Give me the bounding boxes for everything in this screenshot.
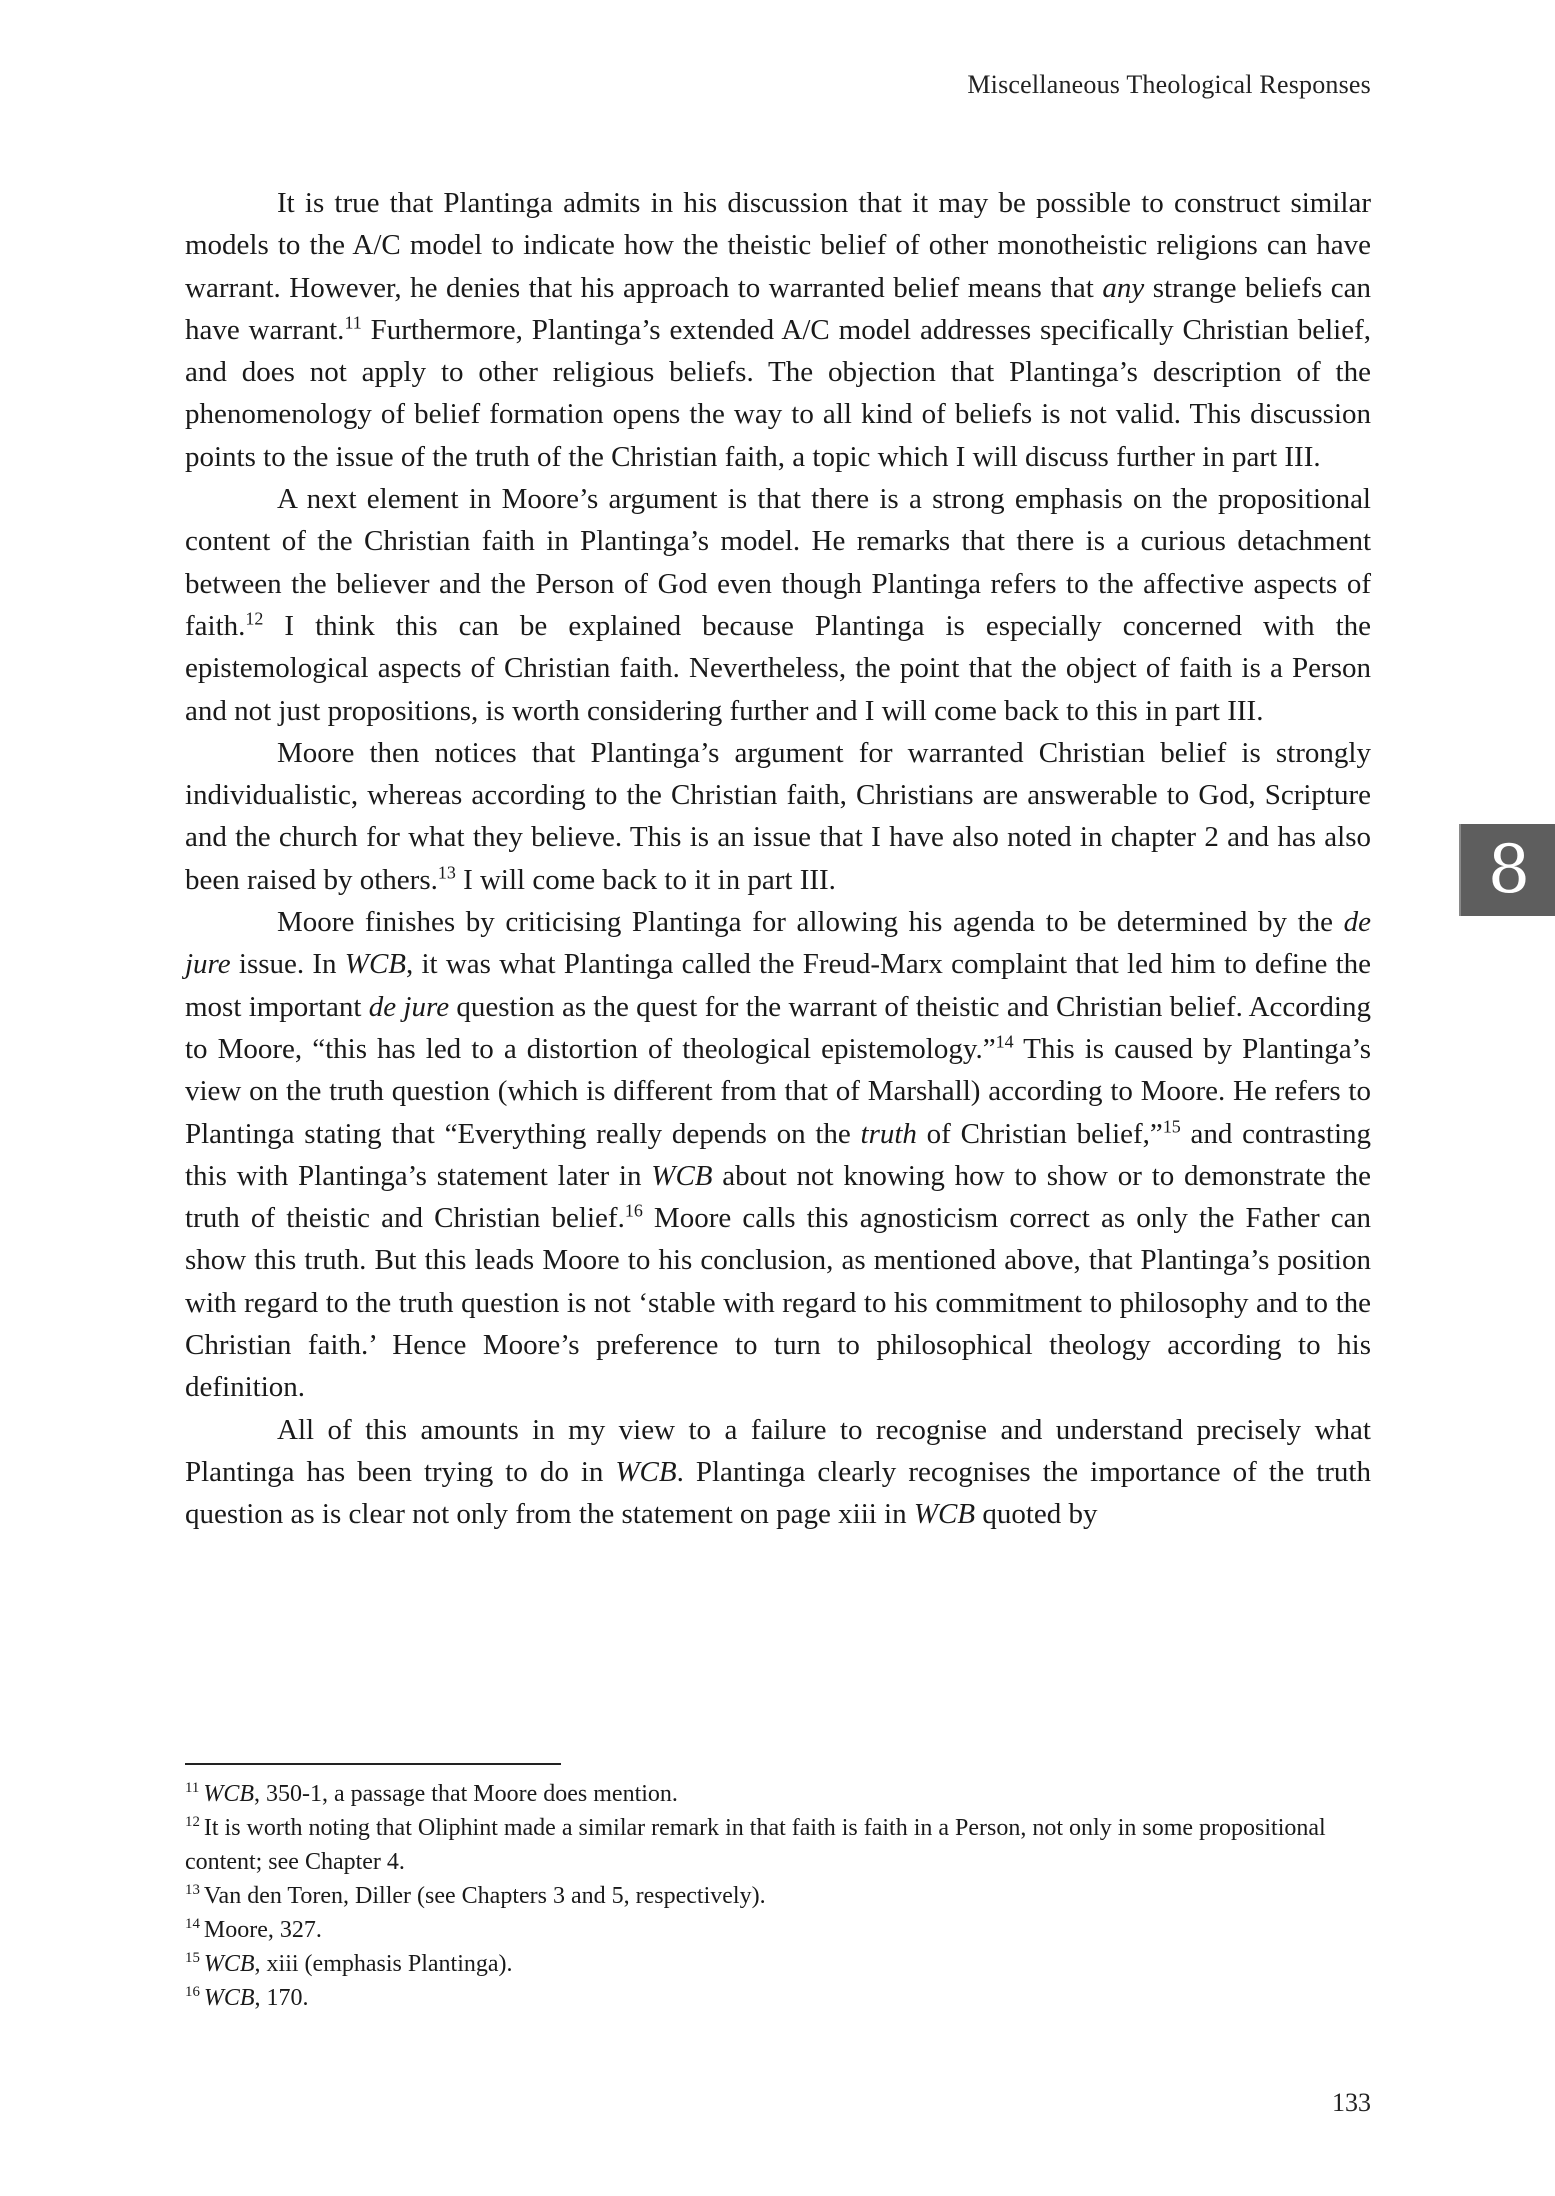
paragraph: All of this amounts in my view to a fail… bbox=[185, 1409, 1371, 1536]
footnote: 14Moore, 327. bbox=[185, 1913, 1371, 1947]
footnote: 16WCB, 170. bbox=[185, 1981, 1371, 2015]
footnote: 12It is worth noting that Oliphint made … bbox=[185, 1811, 1371, 1879]
footnote-ref: 12 bbox=[245, 608, 263, 628]
text-run: Furthermore, Plantinga’s extended A/C mo… bbox=[185, 314, 1371, 473]
body-text: It is true that Plantinga admits in his … bbox=[185, 182, 1371, 1536]
text-run: Van den Toren, Diller (see Chapters 3 an… bbox=[204, 1883, 766, 1909]
text-run: issue. In bbox=[231, 948, 345, 980]
text-run: , xiii (emphasis Plantinga). bbox=[255, 1951, 513, 1977]
footnote-number: 13 bbox=[185, 1882, 200, 1898]
footnote-number: 14 bbox=[185, 1916, 200, 1932]
paragraph: A next element in Moore’s argument is th… bbox=[185, 478, 1371, 732]
footnote: 13Van den Toren, Diller (see Chapters 3 … bbox=[185, 1879, 1371, 1913]
italic-text: WCB bbox=[203, 1781, 254, 1807]
text-run: of Christian belief,” bbox=[917, 1118, 1163, 1150]
italic-text: WCB bbox=[204, 1985, 255, 2011]
italic-text: WCB bbox=[615, 1456, 676, 1488]
italic-text: WCB bbox=[651, 1160, 712, 1192]
italic-text: WCB bbox=[204, 1951, 255, 1977]
text-run: , 350-1, a passage that Moore does menti… bbox=[254, 1781, 678, 1807]
text-run: , 170. bbox=[255, 1985, 309, 2011]
italic-text: truth bbox=[861, 1118, 917, 1150]
footnote: 11WCB, 350-1, a passage that Moore does … bbox=[185, 1777, 1371, 1811]
text-run: quoted by bbox=[975, 1498, 1097, 1530]
footnote-number: 12 bbox=[185, 1814, 200, 1830]
footnotes: 11WCB, 350-1, a passage that Moore does … bbox=[185, 1777, 1371, 2015]
footnote-separator-rule bbox=[185, 1763, 561, 1765]
chapter-thumb-tab: 8 bbox=[1459, 824, 1555, 916]
text-run: Moore, 327. bbox=[204, 1917, 322, 1943]
footnote-ref: 13 bbox=[438, 862, 456, 882]
page-number: 133 bbox=[1332, 2088, 1371, 2118]
running-header: Miscellaneous Theological Responses bbox=[967, 70, 1371, 100]
footnote-number: 11 bbox=[185, 1780, 199, 1796]
footnote-ref: 11 bbox=[344, 312, 361, 332]
footnote-number: 16 bbox=[185, 1984, 200, 2000]
italic-text: any bbox=[1102, 272, 1144, 304]
italic-text: WCB bbox=[914, 1498, 975, 1530]
text-run: I think this can be explained because Pl… bbox=[185, 610, 1371, 727]
paragraph: It is true that Plantinga admits in his … bbox=[185, 182, 1371, 478]
paragraph: Moore then notices that Plantinga’s argu… bbox=[185, 732, 1371, 901]
italic-text: WCB bbox=[345, 948, 406, 980]
footnote: 15WCB, xiii (emphasis Plantinga). bbox=[185, 1947, 1371, 1981]
text-run: Moore finishes by criticising Plantinga … bbox=[277, 906, 1344, 938]
italic-text: de jure bbox=[369, 991, 449, 1023]
footnote-ref: 16 bbox=[625, 1200, 643, 1220]
text-run: I will come back to it in part III. bbox=[456, 864, 836, 896]
footnote-ref: 15 bbox=[1163, 1116, 1181, 1136]
paragraph: Moore finishes by criticising Plantinga … bbox=[185, 901, 1371, 1409]
footnote-number: 15 bbox=[185, 1950, 200, 1966]
text-run: It is worth noting that Oliphint made a … bbox=[185, 1815, 1326, 1875]
footnote-ref: 14 bbox=[996, 1031, 1014, 1051]
